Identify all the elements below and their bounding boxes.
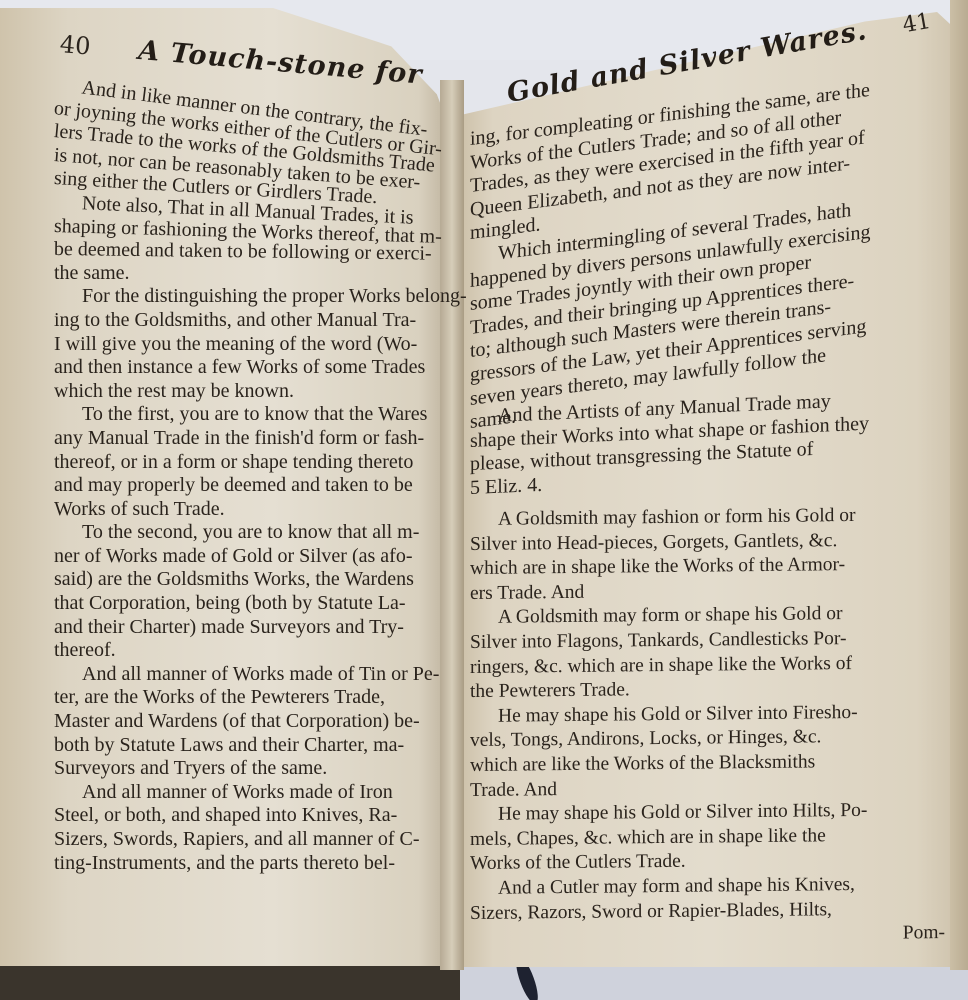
left-page-body: And in like manner on the contrary, the … <box>54 73 464 875</box>
text-line: ting-Instruments, and the parts thereto … <box>54 852 464 876</box>
text-line: I will give you the meaning of the word … <box>54 333 464 357</box>
text-line: any Manual Trade in the finish'd form or… <box>54 427 464 451</box>
text-line: both by Statute Laws and their Charter, … <box>54 734 464 758</box>
text-line: ner of Works made of Gold or Silver (as … <box>54 545 464 569</box>
text-line: and their Charter) made Surveyors and Tr… <box>54 616 464 640</box>
text-line: And all manner of Works made of Iron <box>54 781 464 805</box>
text-line: ter, are the Works of the Pewterers Trad… <box>54 686 464 710</box>
text-line: Master and Wardens (of that Corporation)… <box>54 710 464 734</box>
text-line: which the rest may be known. <box>54 380 464 404</box>
text-line: said) are the Goldsmiths Works, the Ward… <box>54 568 464 592</box>
text-line: thereof. <box>54 639 464 663</box>
right-page-body-top: ing, for compleating or finishing the sa… <box>470 70 940 434</box>
text-line: Steel, or both, and shaped into Knives, … <box>54 804 464 828</box>
text-line: Sizers, Swords, Rapiers, and all manner … <box>54 828 464 852</box>
text-line: and may properly be deemed and taken to … <box>54 474 464 498</box>
page-edges <box>950 0 968 970</box>
right-page-number: 41 <box>901 9 933 38</box>
text-line: To the second, you are to know that all … <box>54 521 464 545</box>
text-line: that Corporation, being (both by Statute… <box>54 592 464 616</box>
text-line: thereof, or in a form or shape tending t… <box>54 451 464 475</box>
catchword: Pom- <box>470 921 945 951</box>
text-line: Works of such Trade. <box>54 498 464 522</box>
right-page-body-bottom: A Goldsmith may fashion or form his Gold… <box>470 503 940 951</box>
text-line: For the distinguishing the proper Works … <box>54 285 464 309</box>
text-line: Surveyors and Tryers of the same. <box>54 757 464 781</box>
text-line: And all manner of Works made of Tin or P… <box>54 663 464 687</box>
text-line: ing to the Goldsmiths, and other Manual … <box>54 309 464 333</box>
text-line: and then instance a few Works of some Tr… <box>54 356 464 380</box>
text-line: To the first, you are to know that the W… <box>54 403 464 427</box>
left-page-number: 40 <box>59 30 92 61</box>
